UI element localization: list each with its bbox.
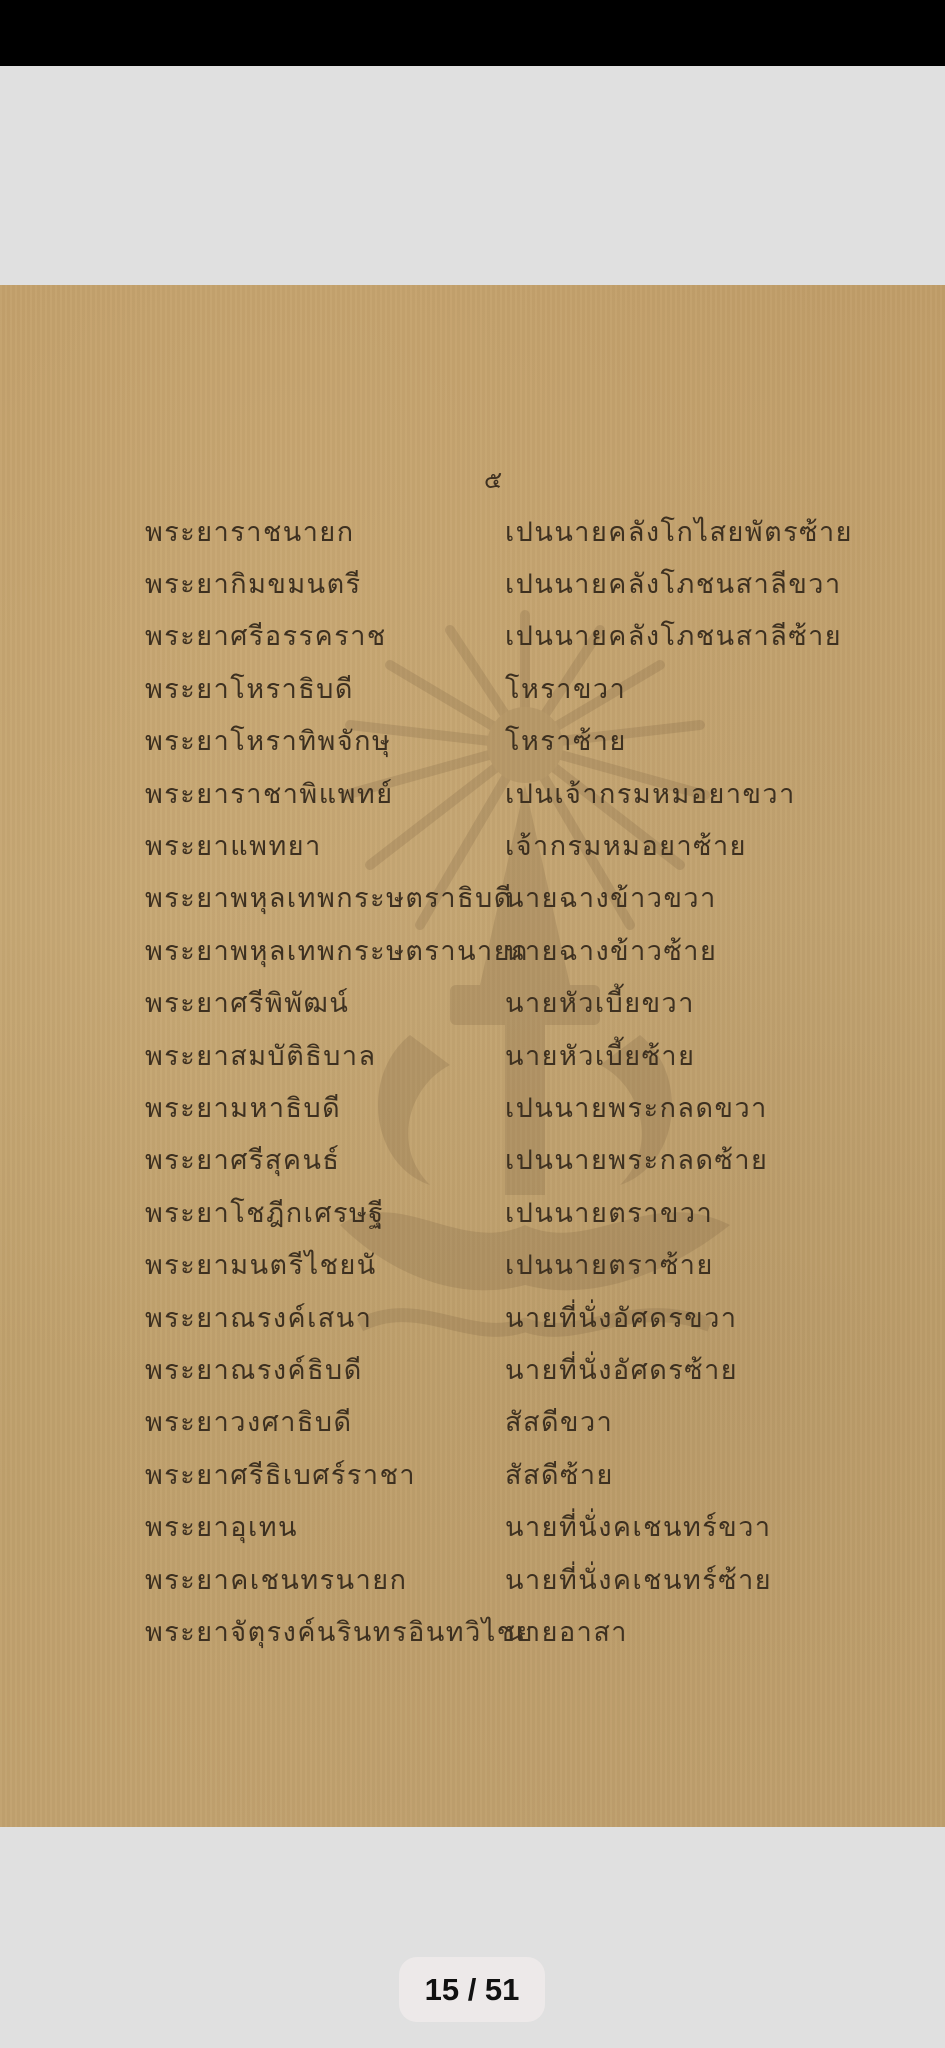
noble-title: พระยาอุเทน bbox=[145, 1505, 298, 1548]
list-item: พระยาพหุลเทพกระษตรานายก นายฉางข้าวซ้าย bbox=[145, 924, 865, 976]
office-position: เปนนายพระกลดขวา bbox=[505, 1086, 768, 1129]
office-position: เปนนายตราขวา bbox=[505, 1191, 713, 1234]
page-counter-badge: 15 / 51 bbox=[399, 1957, 545, 2022]
list-item: พระยาศรีพิพัฒน์ นายหัวเบี้ยขวา bbox=[145, 977, 865, 1029]
list-item: พระยาณรงค์เสนา นายที่นั่งอัศดรขวา bbox=[145, 1291, 865, 1343]
office-position: นายที่นั่งคเชนทร์ซ้าย bbox=[505, 1558, 772, 1601]
list-item: พระยามนตรีไชยนั เปนนายตราซ้าย bbox=[145, 1238, 865, 1290]
noble-title: พระยาราชาพิแพทย์ bbox=[145, 772, 394, 815]
office-position: นายอาสา bbox=[505, 1610, 628, 1653]
office-position: นายที่นั่งอัศดรขวา bbox=[505, 1296, 738, 1339]
noble-title: พระยามนตรีไชยนั bbox=[145, 1243, 377, 1286]
noble-title: พระยากิมขมนตรี bbox=[145, 562, 362, 605]
list-item: พระยาศรีอรรคราช เปนนายคลังโภชนสาลีซ้าย bbox=[145, 610, 865, 662]
office-position: เปนนายพระกลดซ้าย bbox=[505, 1138, 768, 1181]
noble-title: พระยาโหราธิบดี bbox=[145, 667, 354, 710]
office-position: นายหัวเบี้ยขวา bbox=[505, 981, 695, 1024]
list-item: พระยามหาธิบดี เปนนายพระกลดขวา bbox=[145, 1081, 865, 1133]
list-item: พระยาวงศาธิบดี สัสดีขวา bbox=[145, 1396, 865, 1448]
noble-title: พระยาณรงค์ธิบดี bbox=[145, 1348, 363, 1391]
noble-title: พระยาวงศาธิบดี bbox=[145, 1400, 353, 1443]
list-item: พระยาศรีสุคนธ์ เปนนายพระกลดซ้าย bbox=[145, 1134, 865, 1186]
office-position: เปนเจ้ากรมหมอยาขวา bbox=[505, 772, 796, 815]
office-position: สัสดีขวา bbox=[505, 1400, 613, 1443]
office-position: เปนนายคลังโกไสยพัตรซ้าย bbox=[505, 510, 853, 553]
office-position: นายที่นั่งคเชนทร์ขวา bbox=[505, 1505, 772, 1548]
noble-title: พระยาศรีพิพัฒน์ bbox=[145, 981, 349, 1024]
noble-title: พระยาศรีอรรคราช bbox=[145, 614, 387, 657]
list-item: พระยาศรีธิเบศร์ราชา สัสดีซ้าย bbox=[145, 1448, 865, 1500]
office-position: โหราขวา bbox=[505, 667, 626, 710]
list-item: พระยาอุเทน นายที่นั่งคเชนทร์ขวา bbox=[145, 1500, 865, 1552]
noble-title: พระยาราชนายก bbox=[145, 510, 355, 553]
noble-title: พระยาณรงค์เสนา bbox=[145, 1296, 372, 1339]
office-position: เปนนายคลังโภชนสาลีซ้าย bbox=[505, 614, 842, 657]
office-position: เปนนายคลังโภชนสาลีขวา bbox=[505, 562, 842, 605]
list-item: พระยาโหราธิบดี โหราขวา bbox=[145, 662, 865, 714]
list-item: พระยาคเชนทรนายก นายที่นั่งคเชนทร์ซ้าย bbox=[145, 1553, 865, 1605]
list-item: พระยาโหราทิพจักษุ โหราซ้าย bbox=[145, 715, 865, 767]
title-position-list: พระยาราชนายก เปนนายคลังโกไสยพัตรซ้าย พระ… bbox=[145, 505, 865, 1658]
document-page-image[interactable]: ๕ พระยาราชนายก เปนนายคลังโกไสยพัตรซ้าย พ… bbox=[0, 285, 945, 1827]
noble-title: พระยาศรีสุคนธ์ bbox=[145, 1138, 340, 1181]
office-position: นายฉางข้าวซ้าย bbox=[505, 929, 717, 972]
office-position: นายฉางข้าวขวา bbox=[505, 876, 717, 919]
list-item: พระยากิมขมนตรี เปนนายคลังโภชนสาลีขวา bbox=[145, 557, 865, 609]
list-item: พระยาจัตุรงค์นรินทรอินทวิไชย นายอาสา bbox=[145, 1605, 865, 1657]
office-position: โหราซ้าย bbox=[505, 719, 627, 762]
office-position: เปนนายตราซ้าย bbox=[505, 1243, 714, 1286]
image-viewer[interactable]: ๕ พระยาราชนายก เปนนายคลังโกไสยพัตรซ้าย พ… bbox=[0, 66, 945, 2048]
list-item: พระยาโชฎีกเศรษฐี เปนนายตราขวา bbox=[145, 1186, 865, 1238]
noble-title: พระยาสมบัติธิบาล bbox=[145, 1034, 377, 1077]
office-position: นายหัวเบี้ยซ้าย bbox=[505, 1034, 695, 1077]
office-position: นายที่นั่งอัศดรซ้าย bbox=[505, 1348, 738, 1391]
office-position: สัสดีซ้าย bbox=[505, 1453, 614, 1496]
list-item: พระยาณรงค์ธิบดี นายที่นั่งอัศดรซ้าย bbox=[145, 1343, 865, 1395]
noble-title: พระยาพหุลเทพกระษตราธิบดี bbox=[145, 876, 513, 919]
noble-title: พระยาแพทยา bbox=[145, 824, 322, 867]
printed-page-number: ๕ bbox=[484, 460, 502, 499]
list-item: พระยาสมบัติธิบาล นายหัวเบี้ยซ้าย bbox=[145, 1029, 865, 1081]
list-item: พระยาราชนายก เปนนายคลังโกไสยพัตรซ้าย bbox=[145, 505, 865, 557]
noble-title: พระยาคเชนทรนายก bbox=[145, 1558, 407, 1601]
noble-title: พระยาพหุลเทพกระษตรานายก bbox=[145, 929, 529, 972]
list-item: พระยาราชาพิแพทย์ เปนเจ้ากรมหมอยาขวา bbox=[145, 767, 865, 819]
list-item: พระยาพหุลเทพกระษตราธิบดี นายฉางข้าวขวา bbox=[145, 872, 865, 924]
list-item: พระยาแพทยา เจ้ากรมหมอยาซ้าย bbox=[145, 819, 865, 871]
status-bar bbox=[0, 0, 945, 66]
noble-title: พระยาจัตุรงค์นรินทรอินทวิไชย bbox=[145, 1610, 534, 1653]
noble-title: พระยาโชฎีกเศรษฐี bbox=[145, 1191, 385, 1234]
office-position: เจ้ากรมหมอยาซ้าย bbox=[505, 824, 747, 867]
noble-title: พระยาศรีธิเบศร์ราชา bbox=[145, 1453, 416, 1496]
noble-title: พระยาโหราทิพจักษุ bbox=[145, 719, 391, 762]
noble-title: พระยามหาธิบดี bbox=[145, 1086, 341, 1129]
